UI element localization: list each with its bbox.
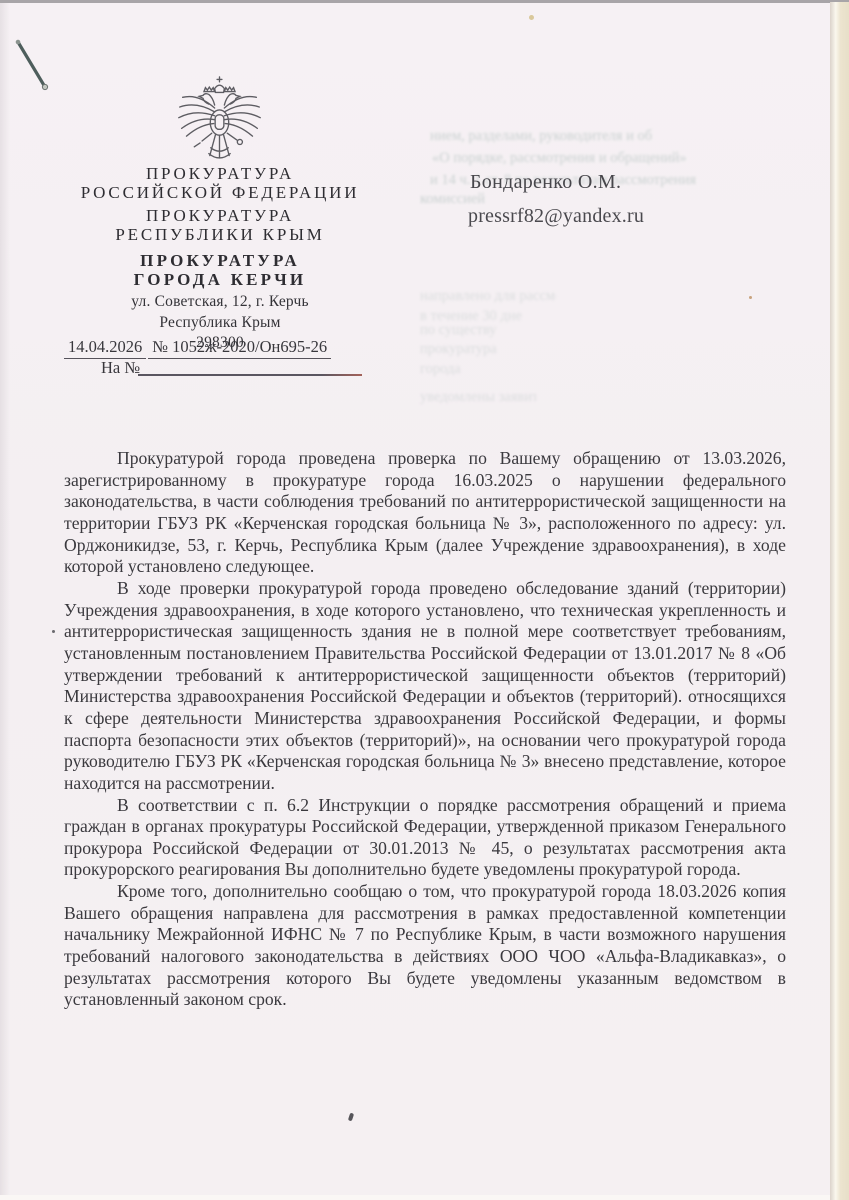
dust-speck: [529, 15, 534, 20]
org-name-federation-line2: РОССИЙСКОЙ ФЕДЕРАЦИИ: [60, 183, 380, 202]
letter-body: Прокуратурой города проведена проверка п…: [64, 448, 786, 1011]
recipient-name: Бондаренко О.М.: [470, 171, 621, 194]
scan-top-edge: [0, 0, 849, 3]
body-paragraph: В ходе проверки прокуратурой города пров…: [64, 578, 786, 795]
bleed-through-line: в течение 30 дней: [420, 308, 522, 325]
body-paragraph: Прокуратурой города проведена проверка п…: [64, 448, 786, 578]
reference-line: 14.04.2026№ 1052ж-2020/Он695-26: [64, 337, 331, 357]
bleed-through-line: уведомлены заявителю: [420, 389, 536, 406]
russia-coat-of-arms-icon: [171, 76, 268, 173]
dust-speck: [52, 630, 55, 633]
number-sign: №: [152, 337, 168, 356]
scan-bottom-edge: [0, 1195, 830, 1200]
bleed-through-line: нием, разделами, руководителя и об: [430, 128, 828, 145]
bleed-through-line: прокуратура: [420, 341, 506, 358]
staple-mark-icon: [12, 36, 52, 96]
reply-to-label: На №: [101, 358, 140, 378]
org-address-region: Республика Крым: [60, 314, 380, 332]
org-name-federation-line1: ПРОКУРАТУРА: [60, 164, 380, 183]
reply-to-blank-line: [138, 374, 362, 376]
org-name-city-line1: ПРОКУРАТУРА: [60, 251, 380, 270]
scan-right-edge-strip: [830, 2, 849, 1200]
org-name-republic-line1: ПРОКУРАТУРА: [60, 206, 380, 225]
ink-speck: [348, 1113, 354, 1122]
body-paragraph: В соответствии с п. 6.2 Инструкции о пор…: [64, 795, 786, 882]
bleed-through-line: направлено для рассмотрения: [420, 288, 556, 305]
bleed-through-line: «О порядке, рассмотрения и обращений»: [432, 150, 828, 167]
org-name-city-line2: ГОРОДА КЕРЧИ: [60, 270, 380, 289]
bleed-through-line: города: [420, 361, 492, 378]
body-paragraph: Кроме того, дополнительно сообщаю о том,…: [64, 881, 786, 1011]
org-address-street: ул. Советская, 12, г. Керчь: [60, 293, 380, 311]
dust-speck: [749, 296, 752, 299]
letterhead: ПРОКУРАТУРА РОССИЙСКОЙ ФЕДЕРАЦИИ ПРОКУРА…: [60, 164, 380, 352]
letter-number: 1052ж-2020/Он695-26: [172, 337, 327, 356]
letter-date: 14.04.2026: [64, 337, 146, 359]
recipient-email: pressrf82@yandex.ru: [468, 205, 644, 228]
scanned-letter-page: нием, разделами, руководителя и об «О по…: [0, 0, 849, 1200]
org-name-republic-line2: РЕСПУБЛИКИ КРЫМ: [60, 225, 380, 244]
bleed-through-line: по существу: [420, 322, 516, 339]
